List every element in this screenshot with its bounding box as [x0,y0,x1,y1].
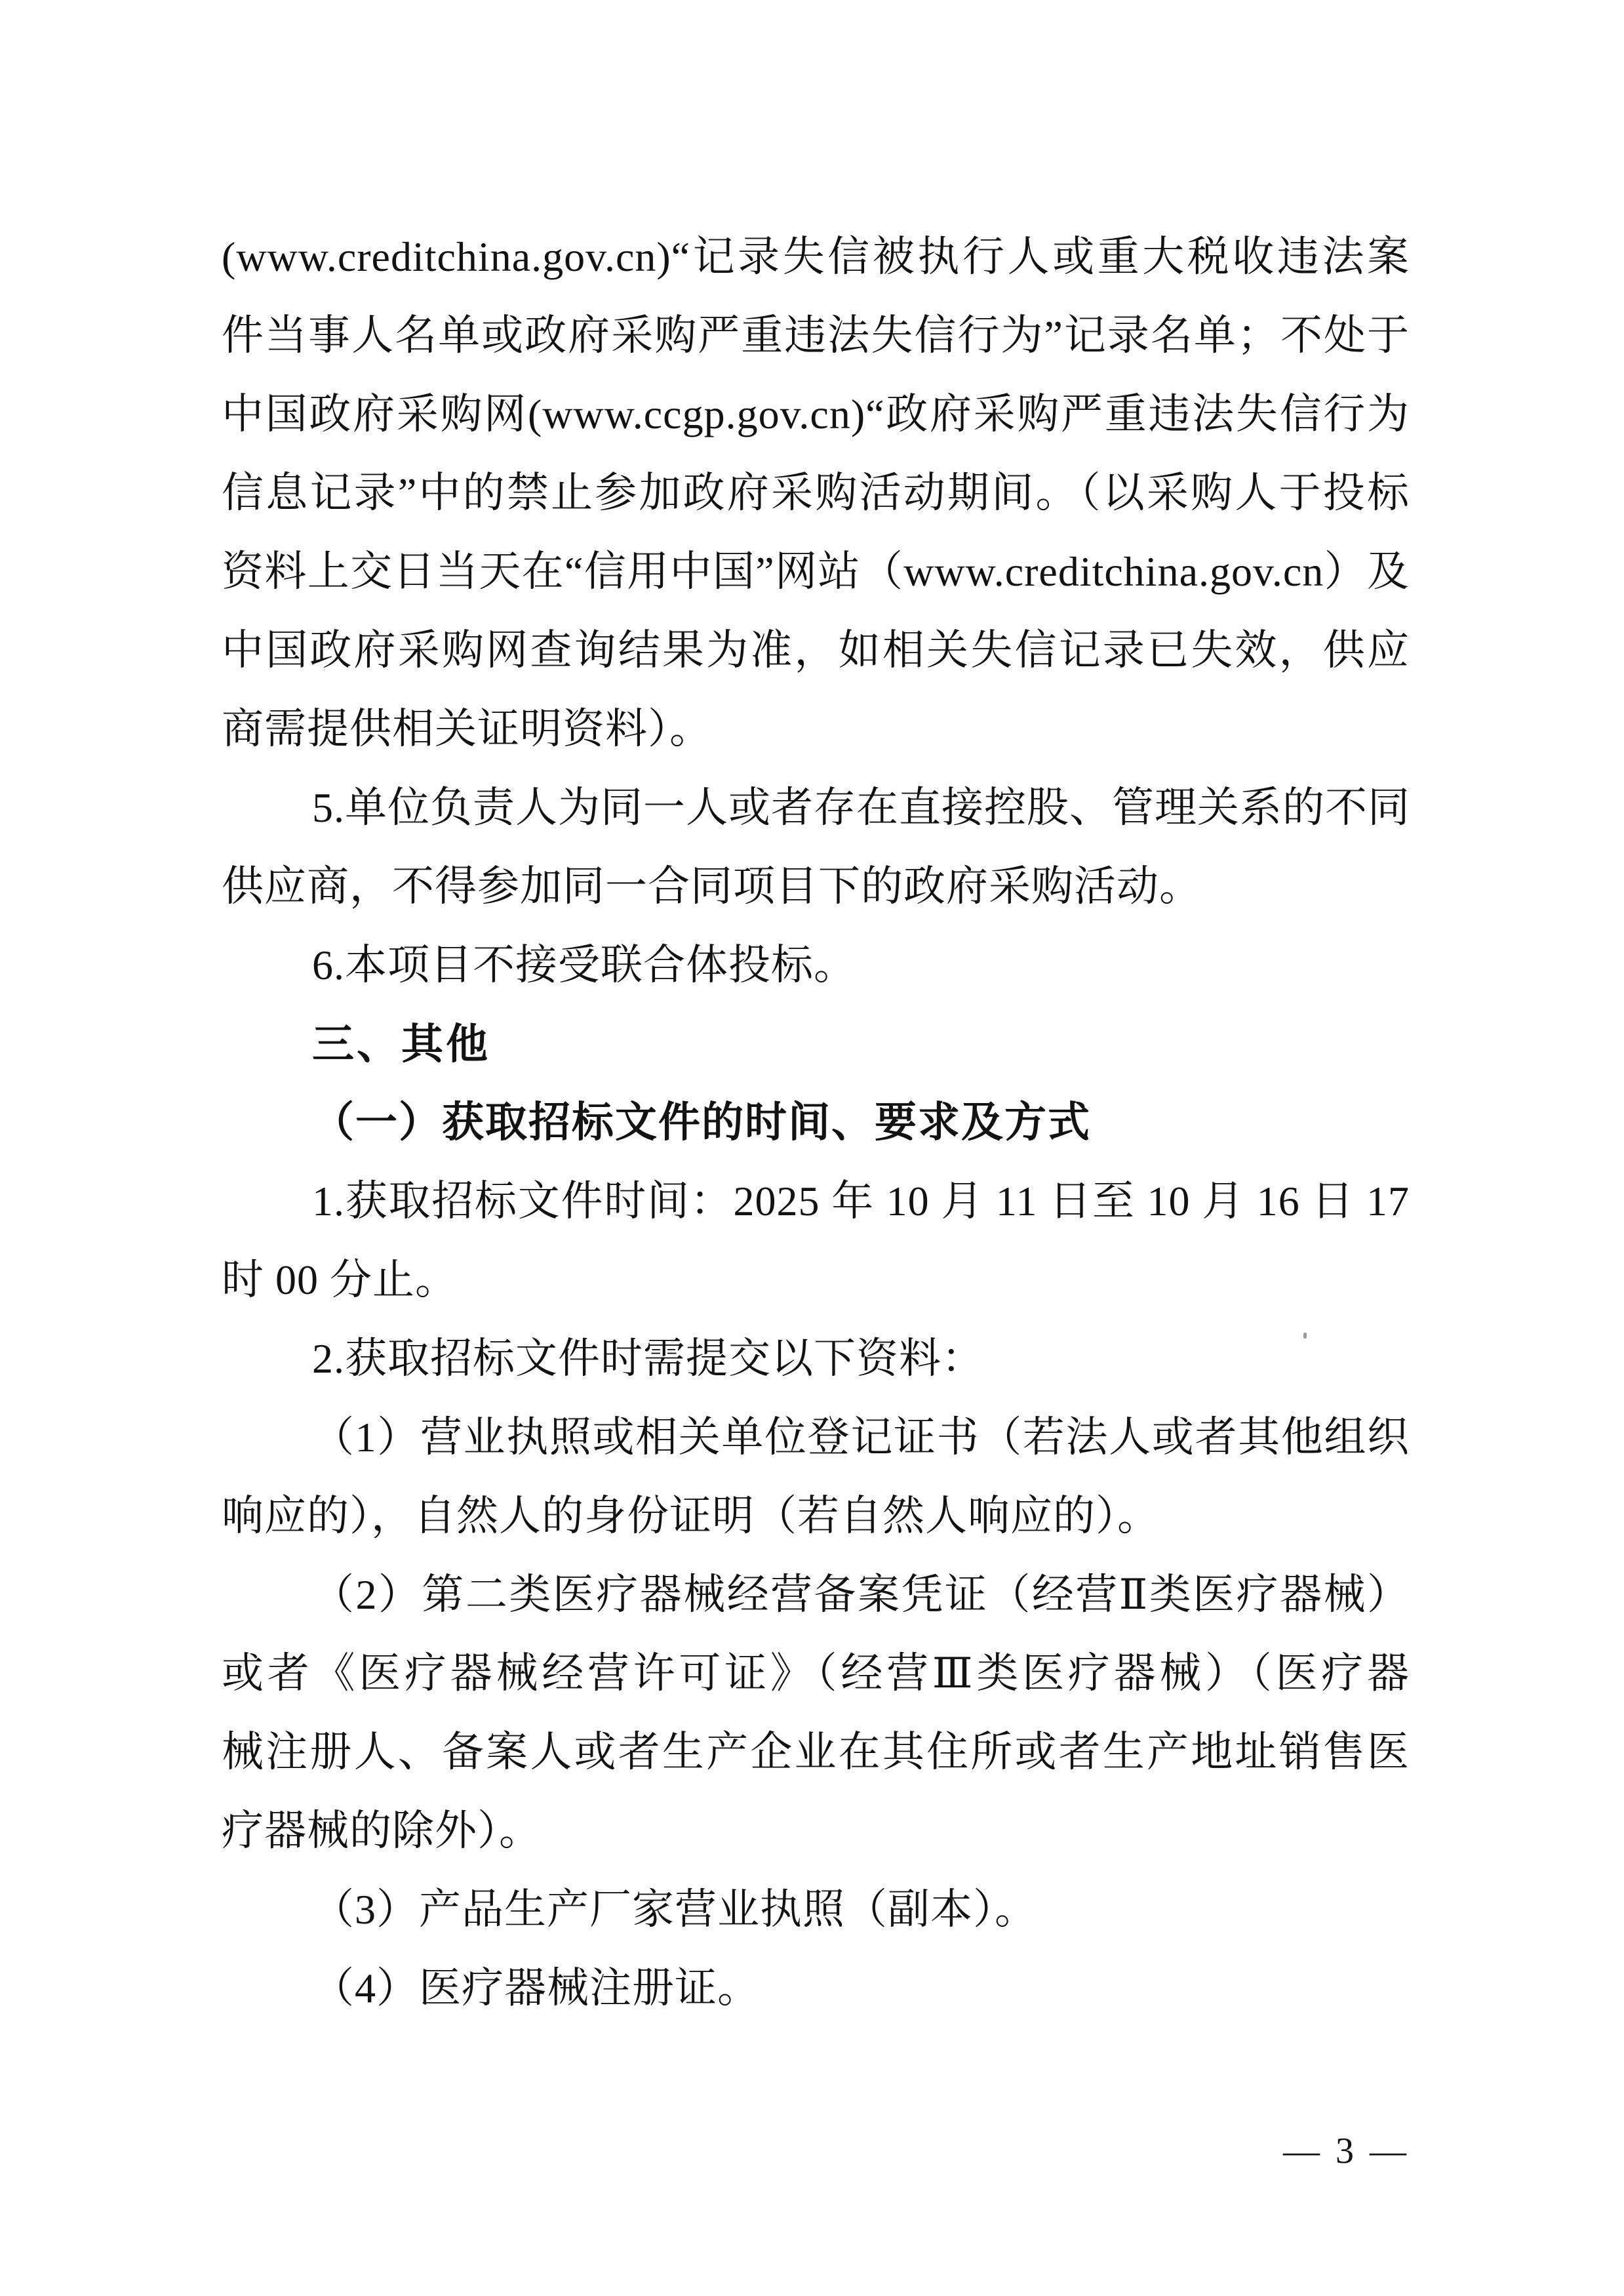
text-line: (www.creditchina.gov.cn)“记录失信被执行人或重大税收违法… [222,218,1410,296]
text-line: 件当事人名单或政府采购严重违法失信行为”记录名单；不处于 [222,296,1410,375]
subsection-heading-obtain-tender-documents: （一）获取招标文件的时间、要求及方式 [222,1083,1410,1162]
text-line-item-p1: （1）营业执照或相关单位登记证书（若法人或者其他组织 [222,1398,1410,1477]
scan-artifact-speck [1303,1333,1307,1339]
text-line: 疗器械的除外）。 [222,1792,1410,1870]
text-line-item-1: 1.获取招标文件时间：2025 年 10 月 11 日至 10 月 16 日 1… [222,1162,1410,1241]
text-line-item-p4: （4）医疗器械注册证。 [222,1949,1410,2028]
text-line: 响应的），自然人的身份证明（若自然人响应的）。 [222,1477,1410,1556]
text-line: 资料上交日当天在“信用中国”网站（www.creditchina.gov.cn）… [222,533,1410,611]
text-line: 械注册人、备案人或者生产企业在其住所或者生产地址销售医 [222,1713,1410,1792]
text-line-item-5: 5.单位负责人为同一人或者存在直接控股、管理关系的不同 [222,769,1410,847]
text-line: 中国政府采购网(www.ccgp.gov.cn)“政府采购严重违法失信行为 [222,375,1410,454]
text-line: 或者《医疗器械经营许可证》（经营Ⅲ类医疗器械）（医疗器 [222,1634,1410,1713]
document-body: (www.creditchina.gov.cn)“记录失信被执行人或重大税收违法… [222,218,1410,2028]
page-number: — 3 — [1259,2130,1410,2172]
text-line-item-6: 6.本项目不接受联合体投标。 [222,926,1410,1005]
text-line: 供应商，不得参加同一合同项目下的政府采购活动。 [222,847,1410,926]
text-line: 时 00 分止。 [222,1241,1410,1319]
text-line: 中国政府采购网查询结果为准，如相关失信记录已失效，供应 [222,611,1410,690]
text-line-item-p3: （3）产品生产厂家营业执照（副本）。 [222,1870,1410,1949]
document-page: (www.creditchina.gov.cn)“记录失信被执行人或重大税收违法… [0,0,1624,2296]
text-line-item-2: 2.获取招标文件时需提交以下资料： [222,1319,1410,1398]
text-line: 商需提供相关证明资料）。 [222,690,1410,769]
text-line: 信息记录”中的禁止参加政府采购活动期间。（以采购人于投标 [222,454,1410,533]
section-heading-other: 三、其他 [222,1005,1410,1083]
text-line-item-p2: （2）第二类医疗器械经营备案凭证（经营Ⅱ类医疗器械） [222,1556,1410,1634]
